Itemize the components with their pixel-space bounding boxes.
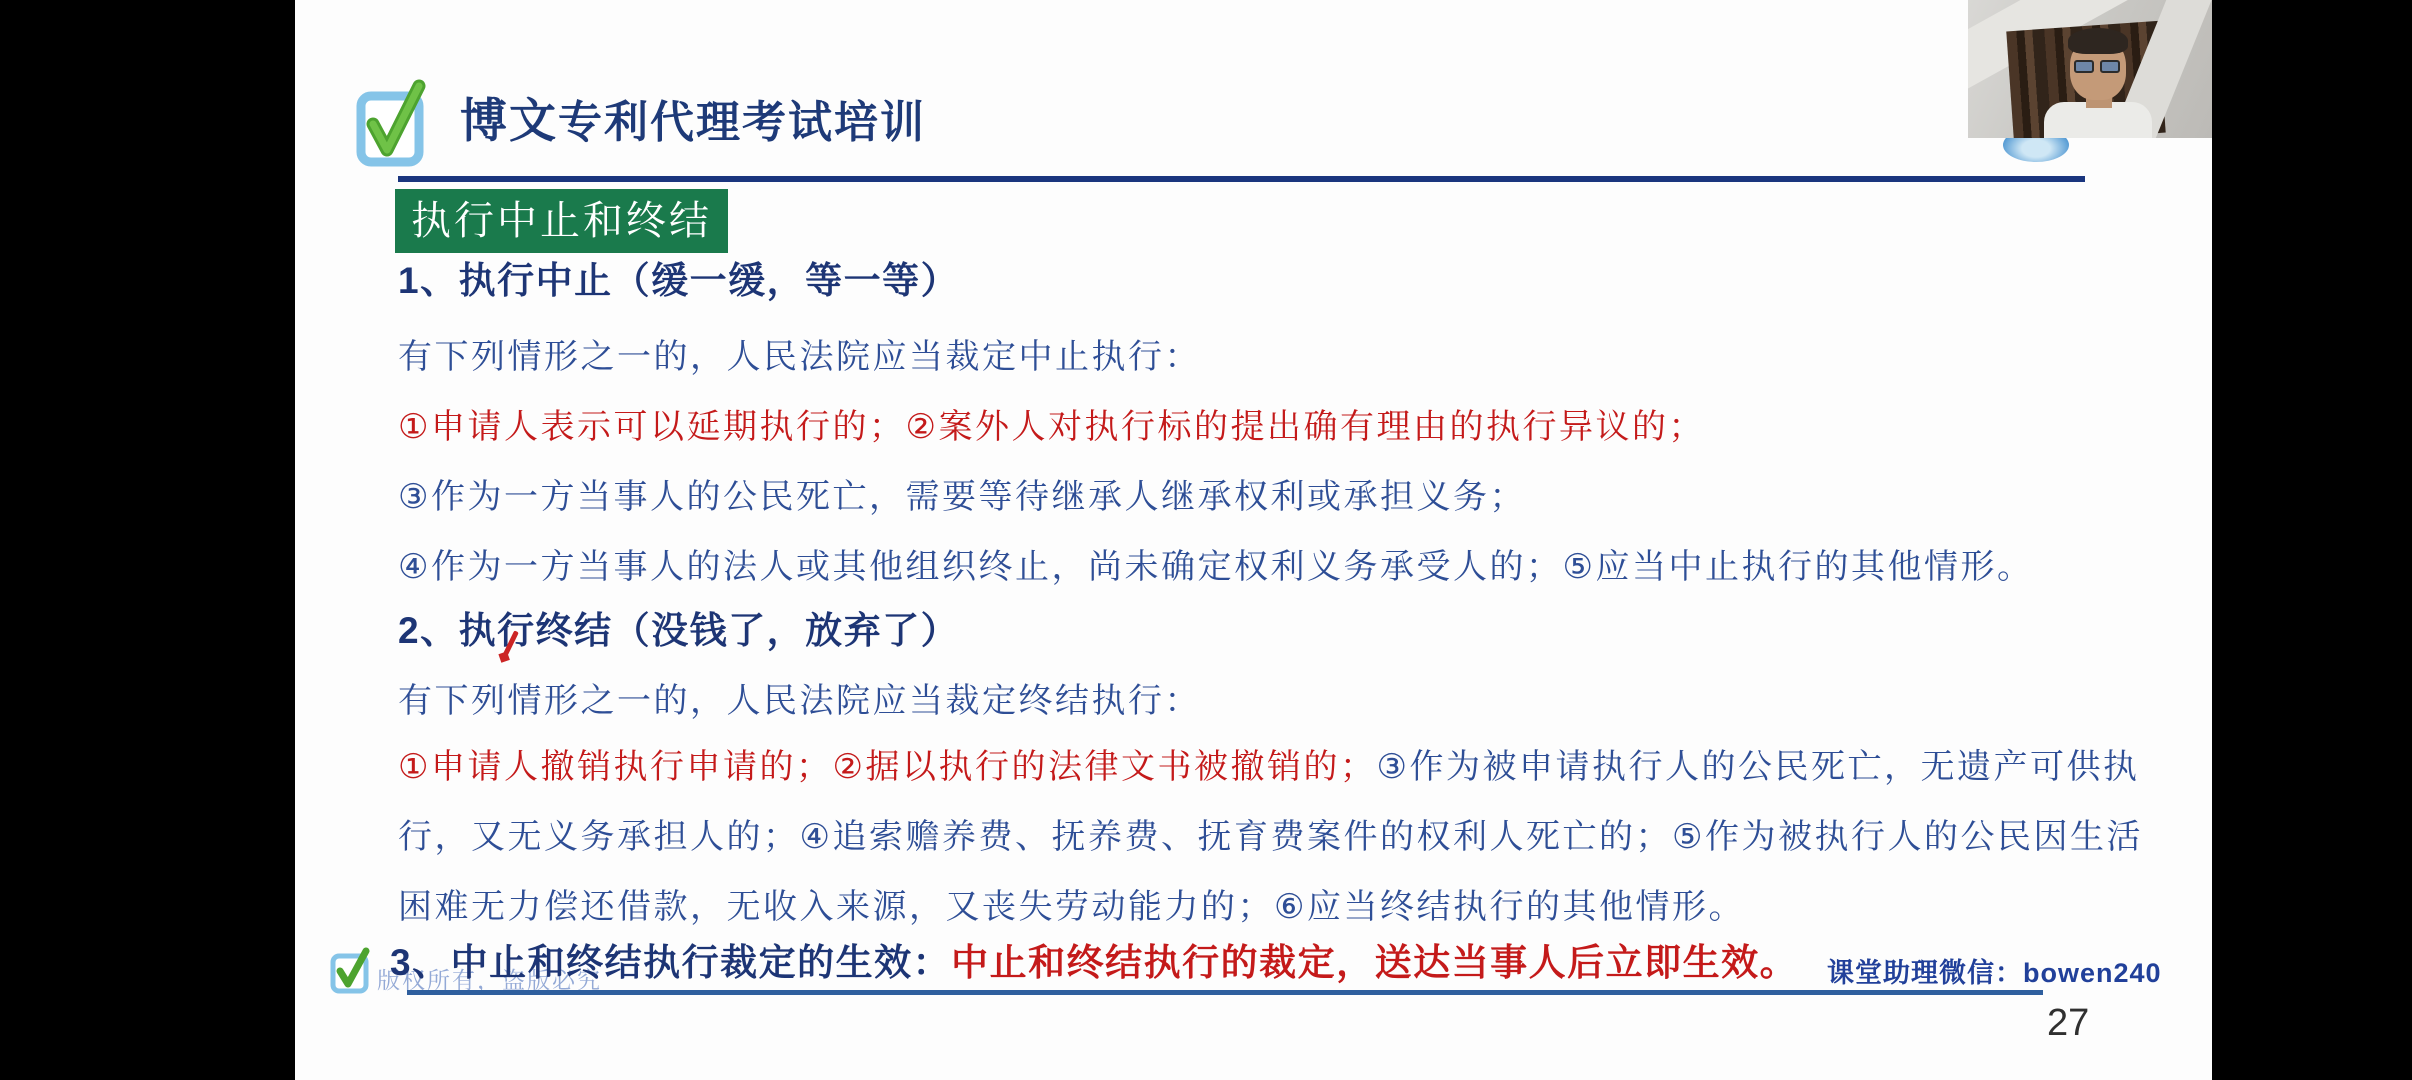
slide-text-segment: 行，又无义务承担人的；④追索赡养费、抚养费、抚育费案件的权利人死亡的；⑤作为被执… <box>398 818 2143 856</box>
slide-text-segment: 中止和终结执行的裁定，送达当事人后立即生效。 <box>951 942 1798 983</box>
instructor-glasses <box>2074 60 2122 74</box>
slide-line-6: 2、执行终结（没钱了，放弃了） <box>398 608 959 654</box>
brand-subtitle: 专利代理考试培训 <box>558 98 926 147</box>
header-divider <box>398 176 2085 182</box>
slide-line-7: 有下列情形之一的，人民法院应当裁定终结执行： <box>398 678 1201 724</box>
slide-text-segment: ④作为一方当事人的法人或其他组织终止，尚未确定权利义务承受人的；⑤应当中止执行的… <box>398 548 2033 586</box>
instructor-hair <box>2068 28 2128 54</box>
slide-text-segment: 困难无力偿还借款，无收入来源，又丧失劳动能力的；⑥应当终结执行的其他情形。 <box>398 888 1745 926</box>
assistant-wechat-note: 课堂助理微信：bowen240 <box>1827 951 2162 990</box>
slide-line-11: 3、中止和终结执行裁定的生效：中止和终结执行的裁定，送达当事人后立即生效。 <box>390 940 1798 986</box>
brand-checkbox-logo-icon <box>355 76 429 168</box>
slide-line-8: ①申请人撤销执行申请的；②据以执行的法律文书被撤销的；③作为被申请执行人的公民死… <box>398 744 2139 790</box>
watermark-checkbox-logo-icon <box>330 946 372 994</box>
brand-name: 博文 <box>460 94 558 147</box>
slide-text-segment: 1、执行中止（缓一缓，等一等） <box>398 260 959 301</box>
instructor-webcam-video[interactable] <box>1968 0 2212 138</box>
slide-line-9: 行，又无义务承担人的；④追索赡养费、抚养费、抚育费案件的权利人死亡的；⑤作为被执… <box>398 814 2143 860</box>
slide-line-4: ③作为一方当事人的公民死亡，需要等待继承人继承权利或承担义务； <box>398 474 1526 520</box>
letterbox-right <box>2212 0 2412 1080</box>
slide-text-segment: ③作为一方当事人的公民死亡，需要等待继承人继承权利或承担义务； <box>398 478 1526 516</box>
slide-text-segment: 有下列情形之一的，人民法院应当裁定终结执行： <box>398 682 1201 720</box>
slide-text-segment: 有下列情形之一的，人民法院应当裁定中止执行： <box>398 338 1201 376</box>
brand-title: 博文专利代理考试培训 <box>460 84 926 151</box>
footer-divider <box>407 990 2043 995</box>
slide-line-5: ④作为一方当事人的法人或其他组织终止，尚未确定权利义务承受人的；⑤应当中止执行的… <box>398 544 2033 590</box>
slide-title: 执行中止和终结 <box>395 189 728 253</box>
shared-slide-area: 博文专利代理考试培训 执行中止和终结 1、执行中止（缓一缓，等一等） 有下列情形… <box>295 0 2212 1080</box>
slide-line-10: 困难无力偿还借款，无收入来源，又丧失劳动能力的；⑥应当终结执行的其他情形。 <box>398 884 1745 930</box>
slide-line-3: ①申请人表示可以延期执行的；②案外人对执行标的提出确有理由的执行异议的； <box>398 404 1705 450</box>
slide-line-1: 1、执行中止（缓一缓，等一等） <box>398 258 959 304</box>
letterbox-left <box>0 0 295 1080</box>
slide-text-segment: ①申请人表示可以延期执行的；②案外人对执行标的提出确有理由的执行异议的； <box>398 408 1705 446</box>
slide-text-segment: ①申请人撤销执行申请的；②据以执行的法律文书被撤销的； <box>398 748 1376 786</box>
page-number: 27 <box>2047 1002 2089 1045</box>
slide-text-segment: 3、中止和终结执行裁定的生效： <box>390 942 951 983</box>
slide-text-segment: 2、执行终结（没钱了，放弃了） <box>398 610 959 651</box>
slide-line-2: 有下列情形之一的，人民法院应当裁定中止执行： <box>398 334 1201 380</box>
slide-text-segment: ③作为被申请执行人的公民死亡，无遗产可供执 <box>1376 748 2139 786</box>
